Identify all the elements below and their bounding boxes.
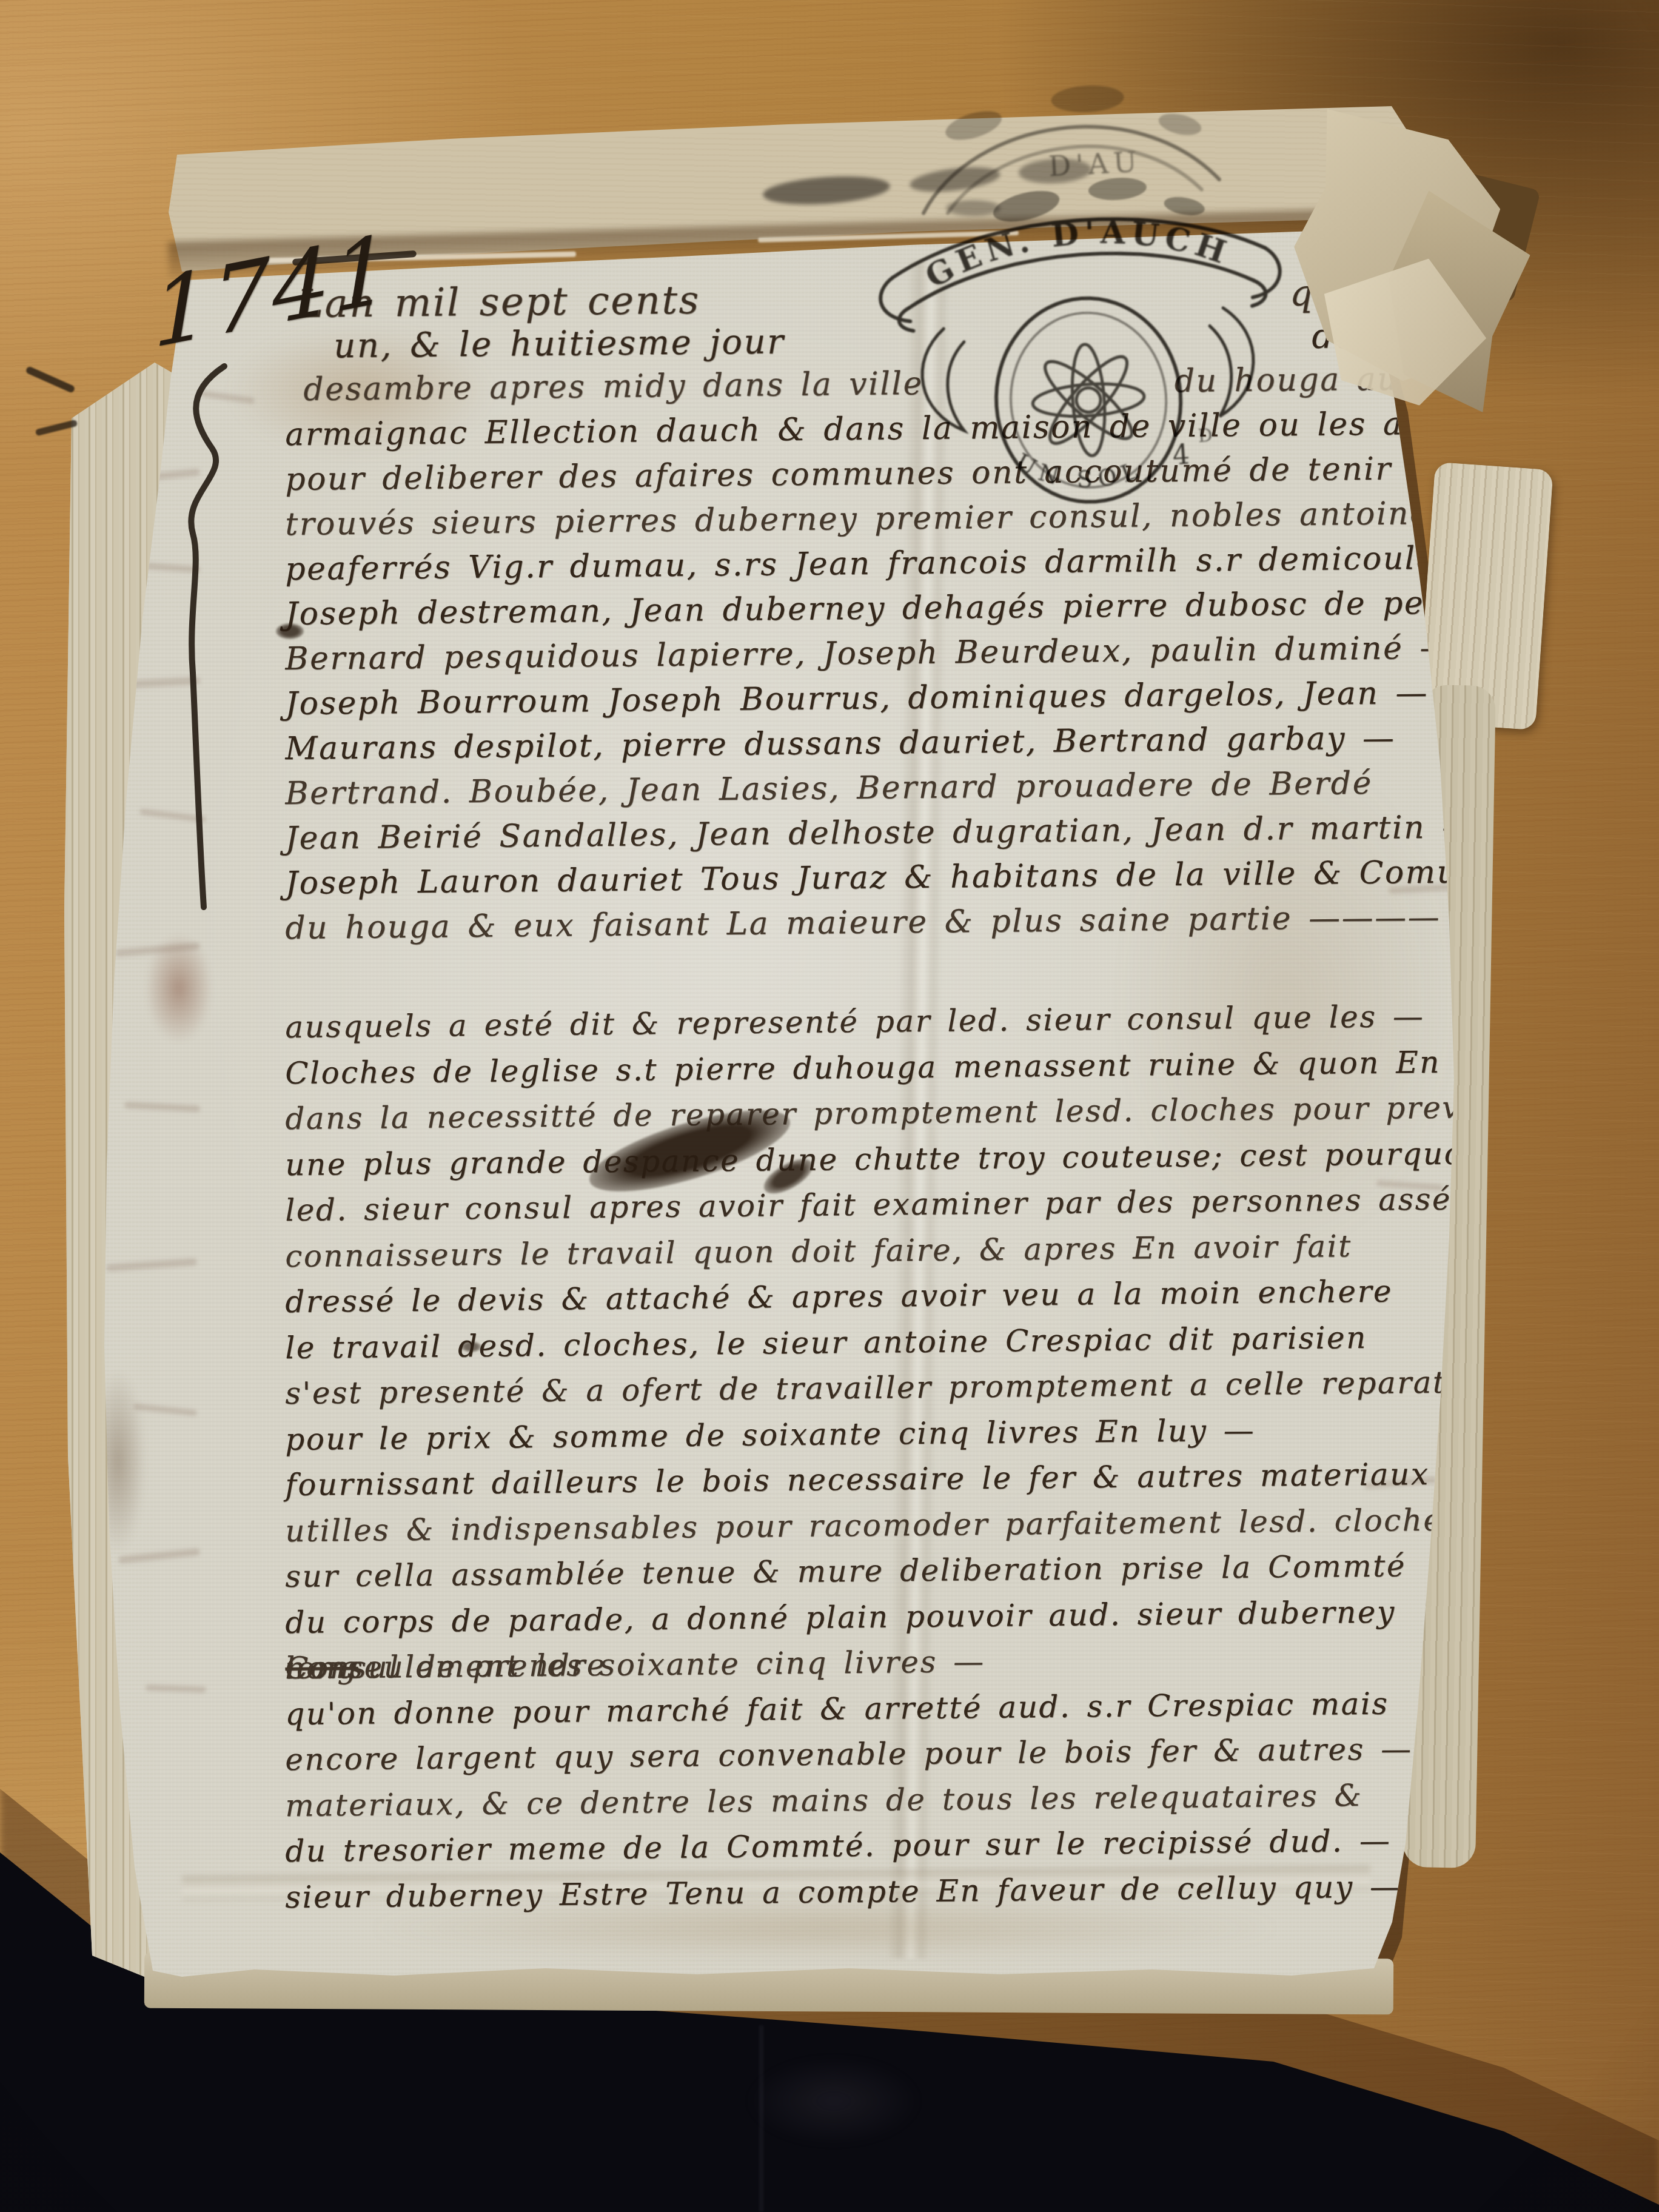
photo-of-manuscript: D'AU Lan mil sept centsquarante —un, & l… <box>0 0 1659 2212</box>
photo-vignette <box>0 0 1659 2212</box>
